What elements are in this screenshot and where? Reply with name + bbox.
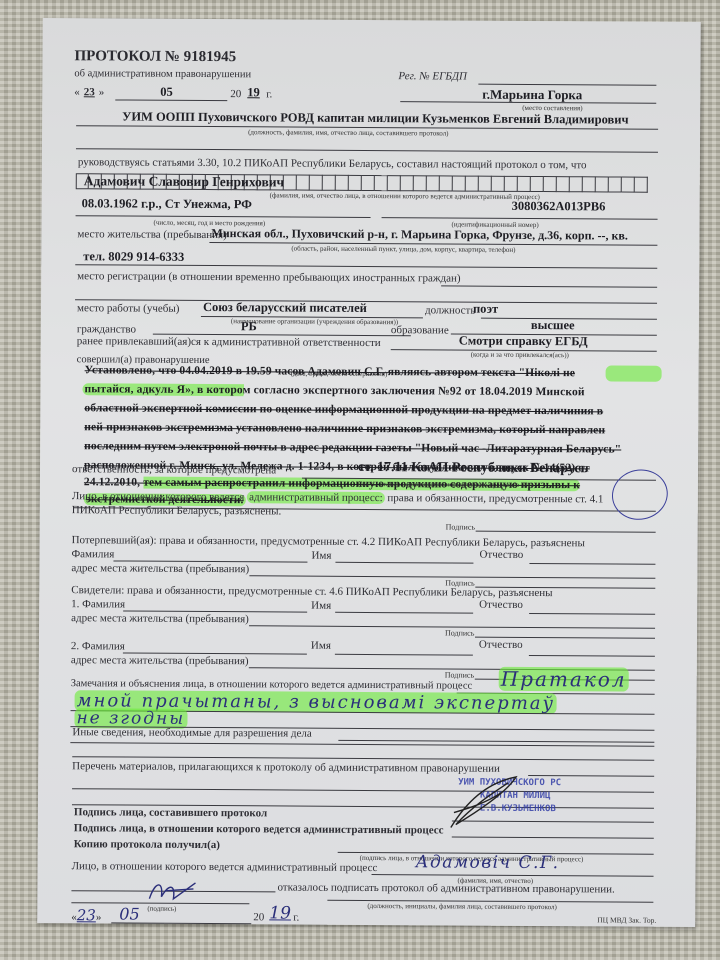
refused-text: отказалось подписать протокол об админис… <box>277 881 614 895</box>
victim-surname-label: Фамилия <box>71 548 114 560</box>
sign-label-4: Подпись <box>445 670 474 679</box>
print-mark: ПЦ МВД Зак. Тор. <box>597 915 656 924</box>
liability-caption: (часть, статья, наименование нормативног… <box>358 480 536 489</box>
bottom-suffix: г. <box>293 912 299 924</box>
sign-caption: (подпись) <box>147 905 176 913</box>
victim-name-label: Имя <box>311 550 331 562</box>
officer-caption-bottom: (должность, инициалы, фамилия лица, сост… <box>367 902 557 911</box>
subject-handwritten-name: Адамовіч С.Г. <box>416 852 560 873</box>
subject-signature-label: Подпись лица, в отношении которого ведет… <box>74 822 444 836</box>
person-rights-line: Лицо, в отношении которого ведется админ… <box>72 490 604 505</box>
person-rights-line-2: ПИКоАП Республики Беларусь, разъяснены. <box>72 504 282 517</box>
sign-label-1: Подпись <box>446 522 475 531</box>
witness2-surname-label: 2. Фамилия <box>71 640 125 652</box>
circled-annotation <box>607 465 672 525</box>
witness1-name-label: Имя <box>311 600 331 612</box>
liability-value: ст. 17.11 КоАП Республики Беларусь <box>358 460 588 477</box>
victim-address-label: адрес места жительства (пребывания) <box>71 562 249 575</box>
witness1-address-label: адрес места жительства (пребывания) <box>71 612 249 625</box>
witness1-patronymic-label: Отчество <box>479 599 523 611</box>
remarks-handwritten-1: Пратакол <box>499 667 629 692</box>
witnesses-rights: Свидетели: права и обязанности, предусмо… <box>71 584 552 599</box>
officer-signature-icon <box>446 772 526 832</box>
sign-label-3: Подпись <box>445 628 474 637</box>
liability-label: ответственность, за которое предусмотрен… <box>72 463 276 476</box>
bottom-year: 19 <box>269 903 291 923</box>
other-info-label: Иные сведения, необходимые для разрешени… <box>72 726 311 739</box>
witness2-name-label: Имя <box>311 640 331 652</box>
bottom-year-prefix: 20 <box>253 911 264 923</box>
materials-label: Перечень материалов, прилагающихся к про… <box>72 760 500 775</box>
witness1-surname-label: 1. Фамилия <box>71 598 125 610</box>
witness2-patronymic-label: Отчество <box>479 639 523 651</box>
copy-received-label: Копию протокола получил(а) <box>74 838 220 851</box>
protocol-lower-half: ответственность, за которое предусмотрен… <box>37 18 701 927</box>
bottom-date-month: 05 <box>119 904 139 923</box>
victim-rights: Потерпевший(ая): права и обязанности, пр… <box>72 534 585 549</box>
witness2-address-label: адрес места жительства (пребывания) <box>71 654 249 667</box>
witness-signature-icon <box>145 877 205 905</box>
bottom-date-day: 23 <box>77 906 96 924</box>
victim-patronymic-label: Отчество <box>479 549 523 561</box>
subject-person-label: Лицо, в отношении которого ведется админ… <box>72 860 378 874</box>
compiler-signature-label: Подпись лица, составившего протокол <box>74 806 267 819</box>
bottom-date: «23» <box>71 906 101 924</box>
